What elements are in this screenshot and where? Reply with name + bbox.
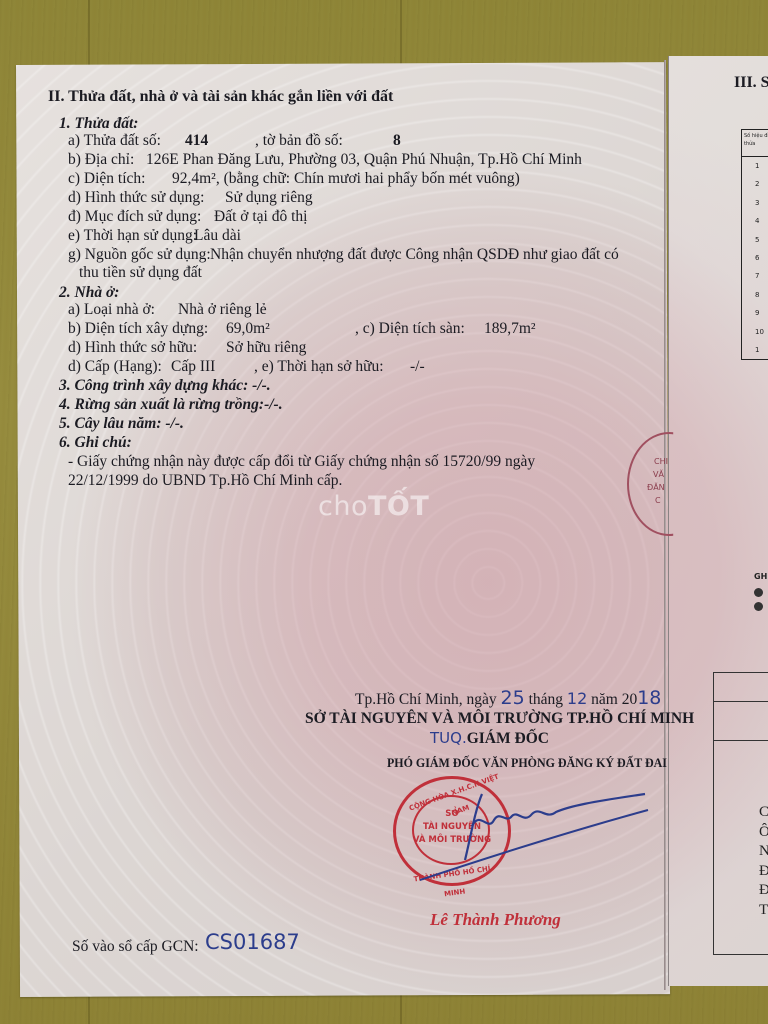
parcel-label: a) Thửa đất số: (68, 131, 161, 150)
notes-heading: 6. Ghi chú: (59, 433, 132, 452)
term-value: Lâu dài (194, 226, 241, 245)
purpose-value: Đất ở tại đô thị (214, 207, 307, 226)
vertex-row-9: 9 (742, 304, 768, 322)
use-form-value: Sử dụng riêng (225, 188, 313, 207)
vertex-row-3: 3 (742, 194, 768, 212)
floor-area-value: 189,7m² (484, 319, 536, 338)
address-value: 126E Phan Đăng Lưu, Phường 03, Quận Phú … (146, 150, 582, 169)
on-behalf-line: TUQ.GIÁM ĐỐC (430, 729, 549, 748)
right-box-cell (714, 673, 768, 702)
other-construction: 3. Công trình xây dựng khác: -/-. (59, 376, 271, 395)
house-type-label: a) Loại nhà ở: (68, 300, 155, 319)
own-term-value: -/- (410, 357, 425, 376)
vertex-table-rows: 123456789101 (742, 157, 768, 359)
address-label: b) Địa chỉ: (68, 150, 134, 169)
vertex-table: Số hiệu đỉnh thửa 123456789101 (741, 129, 768, 360)
signer-position: PHÓ GIÁM ĐỐC VĂN PHÒNG ĐĂNG KÝ ĐẤT ĐAI (387, 753, 667, 772)
partial-stamp-line1: CHI (654, 455, 668, 468)
on-behalf-handwritten: TUQ. (430, 729, 467, 747)
date-year-suffix: 18 (637, 687, 661, 709)
right-box-cell (714, 702, 768, 741)
registry-number: CS01687 (205, 933, 300, 952)
section-title: II. Thửa đất, nhà ở và tài sản khác gắn … (48, 87, 393, 106)
vertex-row-8: 8 (742, 286, 768, 304)
bullet-icon (754, 602, 763, 611)
date-month: 12 (567, 689, 587, 708)
right-page-box: CÔNĐĐT (713, 672, 768, 955)
signer-name: Lê Thành Phương (430, 910, 561, 929)
year-label: năm 20 (591, 691, 637, 708)
grade-value: Cấp III (171, 357, 215, 376)
house-type-value: Nhà ở riêng lẻ (178, 300, 267, 319)
place-date: Tp.Hồ Chí Minh, ngày 25 tháng 12 năm 201… (355, 689, 661, 709)
watermark-text-right: TỐT (368, 491, 429, 522)
box-letter: N (759, 842, 768, 862)
bullet-icon (754, 588, 763, 597)
place-date-prefix: Tp.Hồ Chí Minh, ngày (355, 691, 497, 708)
area-value: 92,4m², (bằng chữ: Chín mươi hai phẩy bố… (172, 169, 520, 188)
perennial-trees: 5. Cây lâu năm: -/-. (59, 414, 184, 433)
own-term-label: , e) Thời hạn sở hữu: (254, 357, 384, 376)
ownership-value: Sở hữu riêng (226, 338, 306, 357)
watermark-text-left: cho (318, 491, 368, 522)
agency-name: SỞ TÀI NGUYÊN VÀ MÔI TRƯỜNG TP.HỒ CHÍ MI… (305, 709, 694, 728)
vertex-row-4: 4 (742, 212, 768, 230)
right-box-letters: CÔNĐĐT (759, 803, 768, 920)
use-form-label: d) Hình thức sử dụng: (68, 188, 205, 207)
vertex-row-6: 6 (742, 249, 768, 267)
right-page-title: III. S (734, 74, 768, 92)
month-label: tháng (529, 691, 563, 708)
notes-line1: - Giấy chứng nhận này được cấp đổi từ Gi… (68, 452, 535, 471)
box-letter: Đ (759, 862, 768, 882)
vertex-row-11: 1 (742, 341, 768, 359)
notes-line2: 22/12/1999 do UBND Tp.Hồ Chí Minh cấp. (68, 471, 342, 490)
grade-label: d) Cấp (Hạng): (68, 357, 162, 376)
on-behalf-title: GIÁM ĐỐC (467, 730, 549, 747)
vertex-row-10: 10 (742, 323, 768, 341)
handwritten-signature (420, 780, 660, 890)
ownership-label: d) Hình thức sở hữu: (68, 338, 197, 357)
box-letter: Đ (759, 881, 768, 901)
map-sheet-label: , tờ bản đồ số: (255, 131, 343, 150)
vertex-row-7: 7 (742, 267, 768, 285)
registry-label: Số vào sổ cấp GCN: (72, 937, 199, 956)
chotot-watermark: choTỐT (318, 497, 429, 516)
date-day: 25 (501, 687, 525, 709)
partial-stamp-line4: C (655, 494, 661, 507)
term-label: e) Thời hạn sử dụng: (68, 226, 197, 245)
vertex-row-5: 5 (742, 231, 768, 249)
vertex-table-header: Số hiệu đỉnh thửa (742, 130, 768, 157)
built-area-label: b) Diện tích xây dựng: (68, 319, 208, 338)
area-label: c) Diện tích: (68, 169, 145, 188)
origin-value-line2: thu tiền sử dụng đất (79, 263, 202, 282)
right-box-cell: CÔNĐĐT (714, 741, 768, 954)
right-note-heading: GHI (754, 572, 768, 581)
production-forest: 4. Rừng sản xuất là rừng trồng:-/-. (59, 395, 283, 414)
partial-stamp-line3: ĐĂN (647, 481, 665, 494)
origin-label: g) Nguồn gốc sử dụng: (68, 245, 211, 264)
box-letter: C (759, 803, 768, 823)
parcel-number: 414 (185, 131, 208, 150)
purpose-label: đ) Mục đích sử dụng: (68, 207, 201, 226)
map-sheet-number: 8 (393, 131, 401, 150)
built-area-value: 69,0m² (226, 319, 270, 338)
vertex-row-1: 1 (742, 157, 768, 175)
vertex-row-2: 2 (742, 175, 768, 193)
partial-stamp-line2: VĂ (653, 468, 664, 481)
origin-value-line1: Nhận chuyển nhượng đất được Công nhận QS… (210, 245, 619, 264)
floor-area-label: , c) Diện tích sàn: (355, 319, 465, 338)
box-letter: Ô (759, 823, 768, 843)
box-letter: T (759, 901, 768, 921)
